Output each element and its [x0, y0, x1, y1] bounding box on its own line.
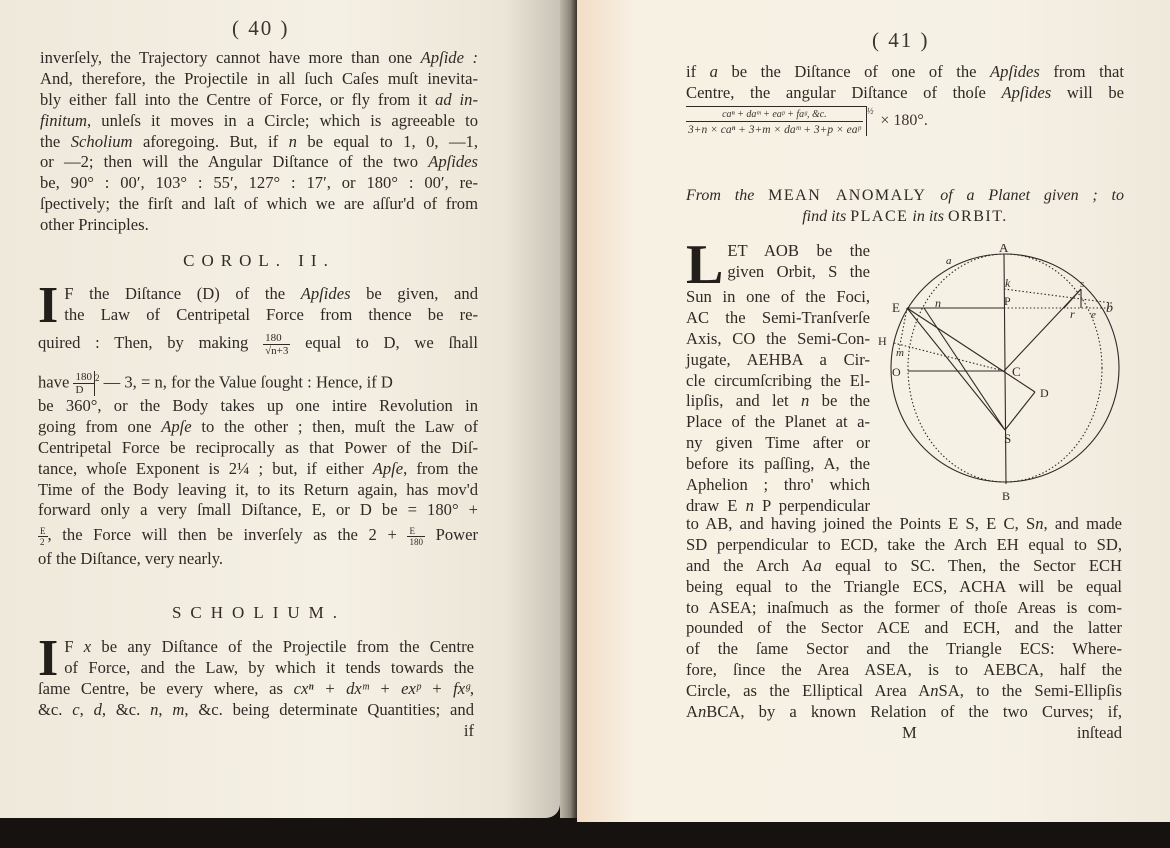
orbit-diagram: A a k s b e r E n P H m O C D S B	[878, 244, 1128, 504]
right-intro: if a be the Diſtance of one of the Apſid…	[686, 62, 1124, 104]
formula-denominator: 3+n × caⁿ + 3+m × daᵐ + 3+p × eaᵖ	[686, 122, 863, 136]
text-line: be 360°, or the Body takes up one intire…	[38, 396, 478, 417]
label-e: e	[1091, 309, 1096, 321]
label-a: a	[946, 255, 952, 267]
text-line: pounded of the Sector ACE and ECH, and t…	[686, 618, 1122, 639]
catchword: inſtead	[1077, 723, 1122, 744]
label-D: D	[1040, 386, 1049, 400]
section-title: From the MEAN ANOMALY of a Planet given …	[686, 185, 1124, 227]
numerator: E	[38, 526, 48, 537]
title-line-2: find its PLACE in its ORBIT.	[686, 206, 1124, 227]
text-line: the Law of Centripetal Force from thence…	[60, 305, 478, 326]
numerator: 180	[263, 332, 290, 345]
text-line: forward only a very ſmall Diſtance, E, o…	[38, 500, 478, 521]
text-line: ſpectively; the firſt and laſt of which …	[40, 194, 478, 215]
book-gutter	[560, 0, 577, 818]
denominator: √n+3	[263, 345, 290, 357]
left-para-1: inverſely, the Trajectory cannot have mo…	[40, 48, 478, 236]
orbit-diagram-svg: A a k s b e r E n P H m O C D S B	[878, 244, 1128, 504]
fraction: E180	[407, 526, 425, 547]
denominator: 180	[407, 537, 425, 547]
label-H: H	[878, 334, 887, 348]
text-line: SD perpendicular to ECD, take the Arch E…	[686, 535, 1122, 556]
text-line: AnBCA, by a known Relation of the two Cu…	[686, 702, 1122, 723]
text-line: F x be any Diſtance of the Projectile fr…	[60, 637, 474, 658]
title-fragment: of a Planet given ; to	[940, 187, 1124, 204]
title-fragment: From the	[686, 187, 754, 204]
label-C: C	[1012, 364, 1021, 379]
text-line: going from one Apſe to the other ; then,…	[38, 417, 478, 438]
drop-cap: L	[686, 243, 723, 287]
title-line-1: From the MEAN ANOMALY of a Planet given …	[686, 185, 1124, 206]
text-line: Centre, the angular Diſtance of thoſe Ap…	[686, 83, 1124, 104]
line-ES	[907, 308, 1005, 430]
title-fragment: MEAN ANOMALY	[768, 187, 926, 204]
title-fragment: PLACE	[850, 208, 908, 225]
text-fragment: have	[38, 373, 69, 392]
exponent: 2	[95, 373, 100, 383]
label-O: O	[892, 365, 901, 379]
title-fragment: find its	[802, 208, 846, 225]
text-line: be, 90° : 00′, 103° : 55′, 127° : 17′, o…	[40, 173, 478, 194]
fraction: 180D	[73, 371, 95, 396]
text-line: AC the Semi-Tranſverſe	[686, 308, 870, 329]
label-m: m	[896, 347, 904, 359]
text-line: Sun in one of the Foci,	[686, 287, 870, 308]
text-line-with-fraction: E2, the Force will then be inverſely as …	[38, 521, 478, 549]
scholium-paragraph: I F x be any Diſtance of the Projectile …	[38, 637, 474, 742]
text-line: being equal to the Triangle ECS, ACHA wi…	[686, 577, 1122, 598]
drop-cap: I	[38, 286, 58, 326]
full-paragraph: to AB, and having joined the Points E S,…	[686, 514, 1122, 723]
text-line: to ASEA; inaſmuch as the former of thoſe…	[686, 598, 1122, 619]
label-P: P	[1004, 294, 1011, 308]
text-line: other Principles.	[40, 215, 478, 236]
numerator: 180	[73, 371, 94, 384]
text-line: bly either fall into the Centre of Force…	[40, 90, 478, 111]
line-Sn	[924, 308, 1005, 430]
text-line: of Force, and the Law, by which it tends…	[60, 658, 474, 679]
text-line: F the Diſtance (D) of the Apſides be giv…	[60, 284, 478, 305]
formula-exponent: ½	[867, 106, 874, 116]
signature-mark: M	[902, 723, 917, 744]
text-line: fore, ſince the Area ASEA, is to AEBCA, …	[686, 660, 1122, 681]
narrow-paragraph: L ET AOB be the given Orbit, S the Sun i…	[686, 241, 870, 517]
apsides-formula: caⁿ + daᵐ + eaᵖ + faᵍ, &c. 3+n × caⁿ + 3…	[686, 106, 928, 136]
label-r: r	[1070, 307, 1075, 321]
drop-cap: I	[38, 639, 58, 679]
fraction: 180√n+3	[263, 332, 290, 357]
text-fragment: quired : Then, by making	[38, 333, 248, 352]
text-line: or —2; then will the Angular Diſtance of…	[40, 152, 478, 173]
text-line: inverſely, the Trajectory cannot have mo…	[40, 48, 478, 69]
title-fragment: ORBIT.	[948, 208, 1008, 225]
text-line: And, therefore, the Projectile in all ſu…	[40, 69, 478, 90]
text-line: &c. c, d, &c. n, m, &c. being determinat…	[38, 700, 474, 721]
text-fragment: , the Force will then be inverſely as th…	[48, 525, 397, 544]
text-line: jugate, AEHBA a Cir-	[686, 350, 870, 371]
formula-fraction: caⁿ + daᵐ + eaᵖ + faᵍ, &c. 3+n × caⁿ + 3…	[686, 106, 867, 136]
text-line: Aphelion ; thro' which	[686, 475, 870, 496]
text-line: Axis, CO the Semi-Con-	[686, 329, 870, 350]
text-line: and the Arch Aa equal to SC. Then, the S…	[686, 556, 1122, 577]
text-line: the Scholium aforegoing. But, if n be eq…	[40, 132, 478, 153]
line-HC	[894, 343, 1004, 371]
catchword: if	[38, 721, 474, 742]
label-b: b	[1106, 301, 1113, 316]
scholium-heading: SCHOLIUM.	[40, 603, 478, 623]
label-E: E	[892, 300, 900, 315]
text-fragment: — 3, = n, for the Value ſought : Hence, …	[104, 373, 393, 392]
formula-numerator: caⁿ + daᵐ + eaᵖ + faᵍ, &c.	[686, 107, 863, 122]
label-s: s	[1080, 278, 1084, 290]
title-fragment: in its	[912, 208, 944, 225]
page-number-right: ( 41 )	[872, 28, 930, 53]
denominator: 2	[38, 537, 48, 547]
page-number-left: ( 40 )	[232, 16, 290, 41]
text-line: of the Diſtance, very nearly.	[38, 549, 478, 570]
line-SD	[1005, 392, 1035, 430]
fraction: E2	[38, 526, 48, 547]
corol-heading: COROL. II.	[40, 251, 478, 271]
label-k: k	[1005, 276, 1011, 290]
denominator: D	[73, 384, 94, 396]
label-n: n	[935, 296, 941, 310]
numerator: E	[407, 526, 425, 537]
corol-paragraph: I F the Diſtance (D) of the Apſides be g…	[38, 284, 478, 570]
text-line: ny given Time after or	[686, 433, 870, 454]
text-line: if a be the Diſtance of one of the Apſid…	[686, 62, 1124, 83]
text-line: Time of the Body leaving it, to its Retu…	[38, 480, 478, 501]
text-line: to AB, and having joined the Points E S,…	[686, 514, 1122, 535]
text-line: before its paſſing, A, the	[686, 454, 870, 475]
text-line: Centripetal Force be reciprocally as tha…	[38, 438, 478, 459]
text-fragment: Power	[436, 525, 478, 544]
label-A: A	[999, 244, 1009, 255]
text-line: Place of the Planet at a-	[686, 412, 870, 433]
text-line: lipſis, and let n be the	[686, 391, 870, 412]
label-S: S	[1004, 431, 1011, 446]
text-line: cle circumſcribing the El-	[686, 371, 870, 392]
text-line: Circle, as the Elliptical Area AnSA, to …	[686, 681, 1122, 702]
text-fragment: equal to D, we ſhall	[305, 333, 478, 352]
text-line-with-fraction: quired : Then, by making 180√n+3 equal t…	[38, 326, 478, 360]
text-line-with-fraction: have 180D2 — 3, = n, for the Value ſough…	[38, 360, 478, 396]
text-line: ſame Centre, be every where, as cxⁿ + dx…	[38, 679, 474, 700]
text-line: tance, whoſe Exponent is 2¼ ; but, if ei…	[38, 459, 478, 480]
text-line: of the ſame Sector and the Triangle ECS:…	[686, 639, 1122, 660]
label-B: B	[1002, 489, 1010, 503]
text-line: finitum, unleſs it moves in a Circle; wh…	[40, 111, 478, 132]
formula-suffix: × 180°.	[880, 112, 927, 129]
